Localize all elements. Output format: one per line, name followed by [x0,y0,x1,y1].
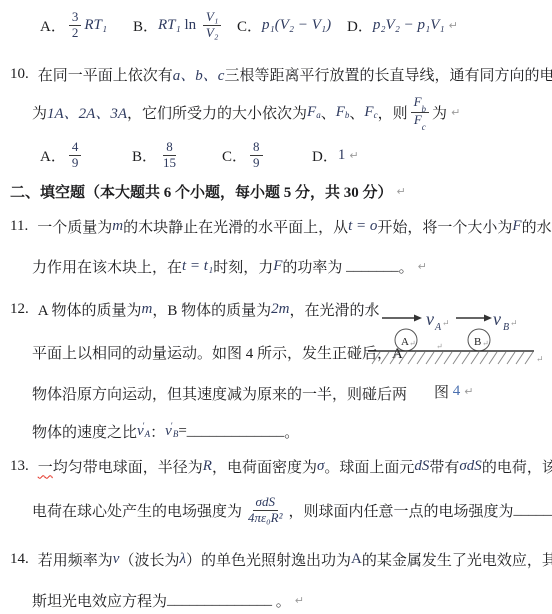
q14-text-2: （波长为 [119,549,179,570]
q12-text-6: 物体的速度之比 [32,421,137,442]
fraction-denominator: 4πε₀R² [245,511,286,526]
q13-text-6: 电荷在球心处产生的电场强度为 [32,500,242,521]
q13-number: 13. [10,458,29,475]
q10-option-c: C．89 [222,134,266,176]
q14-line1: 14.若用频率为ν（波长为λ）的单色光照射逸出功为A的某金属发生了光电效应，其爱… [10,548,552,570]
figure4-caption-number: 4 [453,383,461,400]
q13-text-3: 。球面上面元 [324,456,414,477]
var-A: A [351,551,362,568]
q14-number: 14. [10,551,29,568]
q9-option-c-label: C． [237,15,262,36]
q9-option-a-expr: RT₁ [84,17,107,34]
force-fc-sub: c [374,110,378,120]
q10-option-a-fraction: 49 [69,140,82,170]
q11-period: 。 [399,256,414,277]
q14-text-4: 的某金属发生了光电效应，其爱因 [362,549,552,570]
q11-number: 11. [10,218,28,235]
paragraph-mark-icon: ↵ [442,318,450,328]
var-t-equals-o: t = o [348,218,377,235]
q10-text-5: ，则 [378,102,408,123]
fraction-numerator: σdS [253,495,278,511]
q10-option-b-label: B． [132,145,157,166]
q13-field-fraction: σdS4πε₀R² [245,495,286,525]
ball-B-label: B [474,336,481,348]
paragraph-mark-icon: ↵ [464,385,473,398]
ball-A-label: A [401,336,409,348]
q11-text-4: 的水平恒 [522,216,552,237]
force-fa: F [307,104,316,121]
paragraph-mark-icon: ↵ [368,300,376,310]
den-sub: c [422,122,426,132]
q9-option-b-pre: RT₁ [158,17,181,34]
separator: 、 [321,102,336,123]
q14-text-5: 斯坦光电效应方程为 [32,590,167,611]
q13-misspelled-char: 一 [38,456,53,477]
q10-line1: 10.在同一平面上依次有a、b、c三根等距离平行放置的长直导线，通有同方向的电流… [10,63,552,85]
q11-text-7: 的功率为 [282,256,346,277]
q10-text-1: 在同一平面上依次有 [38,64,173,85]
var-vB-sub: B [173,429,179,439]
var-R: R [203,458,212,475]
var-2m: 2m [271,301,289,318]
q9-option-a: A．32RT₁ [40,4,107,46]
num-sub: b [422,104,427,114]
q9-option-a-fraction: 32 [69,10,82,40]
q10-option-c-fraction: 89 [250,140,263,170]
force-fb-sub: b [345,110,350,120]
q12-text-5: 物体沿原方向运动，但其速度减为原来的一半，则碰后两 [32,383,407,404]
fraction-denominator: Fc [411,113,429,130]
q9-option-d-label: D． [347,15,373,36]
q13-text-7: ，则球面内任意一点的电场强度为 [289,500,514,521]
section2-header: 二、填空题（本大题共 6 个小题，每小题 5 分，共 30 分）↵ [10,180,406,202]
q11-text-2: 的木块静止在光滑的水平面上，从 [123,216,348,237]
ground-hatching [372,352,533,364]
q10-force-ratio-fraction: FbFc [411,95,429,129]
figure4-diagram: ↵ v A ↵ v B ↵ A ↵ B ↵ ↵ ↵ [362,288,550,372]
q13-line1: 13.一均匀带电球面，半径为R，电荷面密度为σ。球面上面元dS带有σdS的电荷，… [10,455,552,477]
fraction-numerator: Fb [411,95,429,113]
q12-number: 12. [10,301,29,318]
var-vA-sub: A [145,429,151,439]
q10-line2: 为1A、2A、3A，它们所受力的大小依次为Fa、Fb、Fc，则FbFc为↵ [32,92,460,132]
q12-text-4: 平面上以相同的动量运动。如图 4 所示，发生正碰后，A [32,342,403,363]
q14-text-3: ）的单色光照射逸出功为 [186,549,351,570]
paragraph-mark-icon: ↵ [349,149,358,162]
q10-option-b: B．815 [132,134,182,176]
q10-options-row: A．49 B．815 C．89 D．1↵ [0,134,552,176]
q12-period: 。 [284,421,299,442]
q10-text-2: 三根等距离平行放置的长直导线，通有同方向的电流依次 [224,64,552,85]
figure-label-vA: v [426,309,434,329]
paragraph-mark-icon: ↵ [436,342,443,351]
force-fc: F [364,104,373,121]
q11-text-5: 力作用在该木块上，在 [32,256,182,277]
q14-text-1: 若用频率为 [38,549,113,570]
q12-line1: 12.A 物体的质量为m，B 物体的质量为2m，在光滑的水 [10,298,379,320]
force-fa-sub: a [316,110,321,120]
var-F: F [273,258,282,275]
q13-text-2: ，电荷面密度为 [212,456,317,477]
q13-answer-blank: ______ [514,502,552,519]
var-sigma: σ [317,458,324,475]
q14-answer-blank: ______________ [167,592,272,609]
separator: 、 [349,102,364,123]
q13-text-4: 带有 [429,456,459,477]
velocity-arrow-B-head [484,315,492,322]
var-m: m [112,218,123,235]
q11-line1: 11.一个质量为m的木块静止在光滑的水平面上，从t = o开始，将一个大小为F的… [10,215,552,237]
velocity-arrow-A-head [414,315,422,322]
q12-line2: 平面上以相同的动量运动。如图 4 所示，发生正碰后，A [32,341,403,363]
var-F: F [512,218,521,235]
q12-equals: = [178,423,186,440]
q11-text-3: 开始，将一个大小为 [377,216,512,237]
q10-option-a-label: A． [40,145,66,166]
paragraph-mark-icon: ↵ [536,354,544,364]
var-sigma-dS: σdS [459,458,481,475]
q9-option-b-label: B． [133,15,158,36]
q10-option-a: A．49 [40,134,84,176]
q12-line3: 物体沿原方向运动，但其速度减为原来的一半，则碰后两 [32,382,407,404]
num-base: F [414,94,422,109]
figure-label-vA-sub: A [434,322,442,333]
paragraph-mark-icon: ↵ [449,19,458,32]
figure4-caption-text: 图 [434,381,453,402]
paragraph-mark-icon: ↵ [418,260,427,273]
q13-text-1: 均匀带电球面，半径为 [53,456,203,477]
fraction-numerator: V₁ [203,10,221,26]
q14-line2: 斯坦光电效应方程为______________ 。↵ [32,589,304,611]
fraction-numerator: 8 [163,140,176,156]
fraction-numerator: 3 [69,10,82,26]
fraction-denominator: 15 [160,156,179,171]
q9-options-row: A．32RT₁ B．RT₁ ln V₁V₂ C．p₁(V₂ − V₁) D．p₂… [0,4,552,46]
q10-currents: 1A、2A、3A [47,102,127,123]
q10-option-d-label: D． [312,145,338,166]
var-dS: dS [414,458,429,475]
figure-label-vB-sub: B [503,322,509,333]
q10-text-6: 为 [432,102,447,123]
q14-period: 。 [276,590,291,611]
q11-line2: 力作用在该木块上，在t = t₁时刻，力F的功率为 _______。↵ [32,255,427,277]
q9-option-c: C．p₁(V₂ − V₁) [237,4,331,46]
force-fb: F [336,104,345,121]
q10-number: 10. [10,66,29,83]
q9-option-b: B．RT₁ ln V₁V₂ [133,4,224,46]
fraction-denominator: 9 [250,156,263,171]
fraction-denominator: 9 [69,156,82,171]
q11-text-1: 一个质量为 [37,216,112,237]
paragraph-mark-icon: ↵ [295,594,304,607]
var-t-equals-t1: t = t₁ [182,258,213,275]
q12-colon: ： [150,421,165,442]
paragraph-mark-icon: ↵ [451,106,460,119]
figure-label-vB: v [493,309,501,329]
fraction-denominator: 2 [69,26,82,41]
q9-option-d: D．p₂V₂ − p₁V₁↵ [347,4,458,46]
var-nu: ν [113,551,120,568]
paragraph-mark-icon: ↵ [397,185,406,198]
q13-text-5: 的电荷，该 [482,456,552,477]
q10-option-d-value: 1 [338,147,346,164]
q10-option-c-label: C． [222,145,247,166]
fraction-numerator: 4 [69,140,82,156]
q10-text-4: ，它们所受力的大小依次为 [127,102,307,123]
q10-option-b-fraction: 815 [160,140,179,170]
paragraph-mark-icon: ↵ [409,339,416,348]
q9-option-d-expr: p₂V₂ − p₁V₁ [373,17,445,34]
den-base: F [414,112,422,127]
fraction-numerator: 8 [250,140,263,156]
paragraph-mark-icon: ↵ [510,318,518,328]
q9-option-c-expr: p₁(V₂ − V₁) [262,17,331,34]
q12-text-1: A 物体的质量为 [38,299,142,320]
paragraph-mark-icon: ↵ [482,339,489,348]
q9-option-b-fraction: V₁V₂ [203,10,221,40]
q10-vars-abc: a、b、c [173,64,225,85]
q13-line2: 电荷在球心处产生的电场强度为σdS4πε₀R²，则球面内任意一点的电场强度为__… [32,488,552,532]
q10-option-d: D．1↵ [312,134,359,176]
q11-text-6: 时刻，力 [213,256,273,277]
q9-option-b-ln: ln [181,17,200,34]
q12-answer-blank: _____________ [187,423,285,440]
fraction-denominator: V₂ [203,26,221,41]
section2-title: 二、填空题（本大题共 6 个小题，每小题 5 分，共 30 分） [10,181,393,202]
q12-text-2: ，B 物体的质量为 [152,299,271,320]
figure4-caption: 图 4↵ [434,381,473,402]
q11-answer-blank: _______ [346,258,399,275]
var-m: m [142,301,153,318]
q10-text-3: 为 [32,102,47,123]
q9-option-a-label: A． [40,15,66,36]
q12-line4: 物体的速度之比v′A：v′B=_____________。 [32,420,299,442]
exam-document-page: A．32RT₁ B．RT₁ ln V₁V₂ C．p₁(V₂ − V₁) D．p₂… [0,0,552,614]
